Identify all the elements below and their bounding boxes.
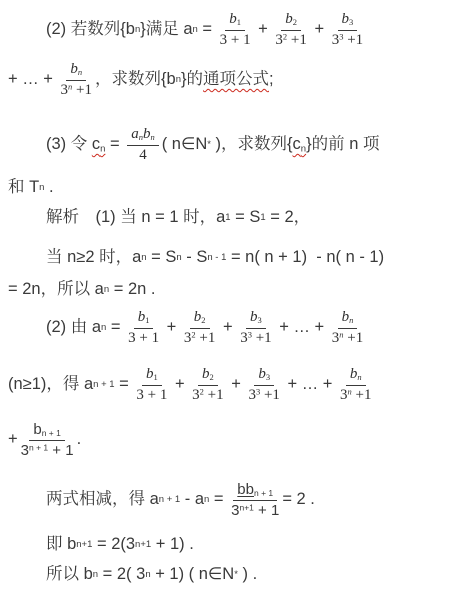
- text-run: 4: [139, 147, 147, 163]
- fraction-numerator: b2: [198, 366, 218, 385]
- text-run: = 2n .: [109, 280, 155, 300]
- italic-variable: b: [342, 11, 350, 27]
- fraction-numerator: bbn + 1: [233, 481, 277, 500]
- solution-line-3: = 2n，所以 an = 2n .: [0, 278, 462, 302]
- text-run: (3) 令: [46, 135, 92, 155]
- fraction-numerator: b1: [225, 11, 245, 30]
- fraction-numerator: b3: [338, 11, 358, 30]
- subscript: n: [78, 67, 82, 77]
- fraction-numerator: b3: [246, 309, 266, 328]
- fraction-denominator: 32 +1: [192, 386, 223, 404]
- spellcheck-underline: 通项公式: [203, 70, 269, 90]
- fraction: b13 + 1: [136, 366, 167, 404]
- text-run: ;: [269, 70, 274, 90]
- text-run: + 1) .: [151, 535, 194, 555]
- problem-3-line-2: 和 Tn .: [0, 176, 462, 200]
- superscript: n+1: [239, 502, 253, 512]
- italic-variable: b: [70, 61, 78, 77]
- text-run: }的前 n 项: [306, 135, 379, 155]
- italic-variable: b: [229, 11, 237, 27]
- fraction-denominator: 3n +1: [61, 81, 92, 99]
- text-run: 两式相减，得 a: [46, 490, 159, 510]
- fraction-numerator: bn + 1: [29, 421, 65, 440]
- result-line-1: 即 bn+1 = 2(3n+1 + 1) .: [0, 533, 462, 557]
- solution-line-2: 当 n≥2 时，an = Sn - Sn - 1 = n( n + 1) - n…: [0, 246, 462, 270]
- text-run: +1: [196, 330, 216, 346]
- subscript: n + 1: [42, 428, 61, 438]
- text-run: =: [198, 20, 217, 40]
- subscript: 1: [154, 372, 158, 382]
- problem-2-line-1: (2) 若数列{bn}满足 an = b13 + 1 + b232 +1 + b…: [0, 6, 462, 54]
- text-run: = S: [147, 248, 177, 268]
- fraction-denominator: 33 +1: [332, 31, 363, 49]
- fraction-denominator: 3n+1 + 1: [231, 501, 279, 519]
- text-run: = n( n + 1) - n( n - 1): [226, 248, 384, 268]
- text-run: +1: [343, 32, 363, 48]
- subscript: n: [150, 132, 154, 142]
- text-run: 3 + 1: [136, 387, 167, 403]
- spellcheck-underline: cn: [293, 135, 307, 155]
- text-run: +1: [344, 330, 364, 346]
- fraction-denominator: 32 +1: [275, 31, 306, 49]
- spellcheck-underline: cn: [92, 135, 106, 155]
- fraction-numerator: bn: [66, 61, 86, 80]
- subscript: 3: [266, 372, 270, 382]
- text-run: )，求数列{: [211, 135, 293, 155]
- text-run: 3 + 1: [128, 330, 159, 346]
- text-run: .: [44, 178, 53, 198]
- subscript: 2: [293, 17, 297, 27]
- fraction-denominator: 3n + 1 + 1: [21, 441, 74, 459]
- text-run: = 2( 3: [98, 565, 145, 585]
- fraction-denominator: 32 +1: [184, 329, 215, 347]
- fraction-denominator: 4: [139, 146, 147, 164]
- text-run: +1: [287, 32, 307, 48]
- fraction-numerator: b2: [281, 11, 301, 30]
- text-run: +1: [252, 330, 272, 346]
- fraction-numerator: bn: [346, 366, 366, 385]
- text-run: +1: [72, 82, 92, 98]
- italic-variable: b: [342, 309, 350, 325]
- text-run: =: [106, 318, 125, 338]
- text-run: }的: [181, 70, 203, 90]
- subscript: 3: [349, 17, 353, 27]
- fraction-denominator: 3n +1: [340, 386, 371, 404]
- text-run: = 2，: [266, 208, 310, 228]
- fraction: b13 + 1: [128, 309, 159, 347]
- text-run: 当 n≥2 时，a: [46, 248, 141, 268]
- fraction-numerator: anbn: [127, 126, 159, 145]
- text-run: 3: [21, 442, 29, 459]
- fraction-denominator: 3 + 1: [220, 31, 251, 49]
- subscript: n: [349, 315, 353, 325]
- italic-variable: b: [146, 366, 154, 382]
- text-run: + 1: [48, 442, 73, 459]
- italic-variable: b: [258, 366, 266, 382]
- solution-part2-line-3: +bn + 13n + 1 + 1.: [0, 416, 462, 464]
- fraction-denominator: 33 +1: [240, 329, 271, 347]
- fraction-denominator: 3 + 1: [136, 386, 167, 404]
- text-run: - a: [180, 490, 204, 510]
- text-run: +: [254, 20, 273, 40]
- text-run: +: [310, 20, 329, 40]
- solution-part2-line-2: (n≥1)，得 an + 1 = b13 + 1 + b232 +1 + b33…: [0, 361, 462, 409]
- text-run: + … +: [283, 375, 337, 395]
- text-run: b: [33, 421, 41, 438]
- fraction-denominator: 3n +1: [332, 329, 363, 347]
- text-run: 即 b: [46, 535, 76, 555]
- fraction: anbn4: [127, 126, 159, 164]
- text-run: }满足 a: [140, 20, 192, 40]
- problem-3-line: (3) 令 cn = anbn4( n∈N* )，求数列{cn}的前 n 项: [0, 121, 462, 169]
- italic-variable: b: [202, 366, 210, 382]
- text-run: =: [209, 490, 228, 510]
- result-line-2: 所以 bn = 2( 3n + 1) ( n∈N* ) .: [0, 563, 462, 587]
- text-run: = S: [231, 208, 261, 228]
- fraction: bn3n +1: [61, 61, 92, 99]
- text-run: 解析 (1) 当 n = 1 时，a: [46, 208, 225, 228]
- fraction-numerator: b1: [134, 309, 154, 328]
- text-run: 3: [61, 82, 69, 98]
- subscript: 1: [237, 17, 241, 27]
- text-run: = 2n，所以 a: [8, 280, 104, 300]
- underlined-run: bb: [237, 481, 254, 498]
- subscript: n + 1: [254, 488, 273, 498]
- text-run: + 1: [254, 502, 279, 519]
- italic-variable: a: [131, 126, 139, 142]
- subscript: 3: [258, 315, 262, 325]
- text-run: +: [218, 318, 237, 338]
- text-run: ( n∈N: [162, 135, 208, 155]
- fraction-denominator: 33 +1: [248, 386, 279, 404]
- text-run: 3 + 1: [220, 32, 251, 48]
- fraction: b333 +1: [332, 11, 363, 49]
- text-run: c: [293, 135, 301, 153]
- fraction-numerator: b3: [254, 366, 274, 385]
- text-run: = 2(3: [92, 535, 135, 555]
- subscript: 2: [201, 315, 205, 325]
- text-run: 通项公式: [203, 70, 269, 88]
- subscript: n: [357, 372, 361, 382]
- fraction: b333 +1: [240, 309, 271, 347]
- solution-line-1: 解析 (1) 当 n = 1 时，a1 = S1 = 2，: [0, 206, 462, 230]
- fraction: b232 +1: [192, 366, 223, 404]
- text-run: 和 T: [8, 178, 39, 198]
- text-run: 3: [248, 387, 256, 403]
- text-run: - S: [182, 248, 208, 268]
- subtract-line: 两式相减，得 an + 1 - an = bbn + 13n+1 + 1= 2 …: [0, 476, 462, 524]
- text-run: 3: [275, 32, 283, 48]
- text-run: 3: [340, 387, 348, 403]
- fraction-denominator: 3 + 1: [128, 329, 159, 347]
- text-run: + … +: [275, 318, 329, 338]
- text-run: +: [227, 375, 246, 395]
- text-run: +: [170, 375, 189, 395]
- italic-variable: b: [285, 11, 293, 27]
- fraction: b232 +1: [275, 11, 306, 49]
- text-run: +1: [260, 387, 280, 403]
- text-run: = 2 .: [282, 490, 315, 510]
- text-run: ，求数列{b: [95, 70, 176, 90]
- problem-2-line-2: + … + bn3n +1，求数列{bn}的通项公式;: [0, 56, 462, 104]
- text-run: 3: [240, 330, 248, 346]
- text-run: (n≥1)，得 a: [8, 375, 93, 395]
- text-run: (2) 若数列{b: [46, 20, 135, 40]
- text-run: +: [162, 318, 181, 338]
- text-run: +1: [352, 387, 372, 403]
- solution-part2-line-1: (2) 由 an = b13 + 1 + b232 +1 + b333 +1 +…: [0, 304, 462, 352]
- italic-variable: b: [250, 309, 258, 325]
- fraction: b13 + 1: [220, 11, 251, 49]
- text-run: (2) 由 a: [46, 318, 101, 338]
- fraction-numerator: bn: [338, 309, 358, 328]
- text-run: 3: [192, 387, 200, 403]
- math-solution-document: (2) 若数列{bn}满足 an = b13 + 1 + b232 +1 + b…: [0, 6, 462, 587]
- text-run: 所以 b: [46, 565, 93, 585]
- fraction: bn + 13n + 1 + 1: [21, 421, 74, 459]
- subscript: 2: [210, 372, 214, 382]
- subscript: 1: [145, 315, 149, 325]
- text-run: =: [105, 135, 124, 155]
- text-run: +1: [204, 387, 224, 403]
- fraction: b333 +1: [248, 366, 279, 404]
- fraction: bn3n +1: [340, 366, 371, 404]
- text-run: + 1) ( n∈N: [151, 565, 235, 585]
- text-run: ) .: [238, 565, 257, 585]
- fraction-numerator: b1: [142, 366, 162, 385]
- fraction: b232 +1: [184, 309, 215, 347]
- text-run: =: [115, 375, 134, 395]
- text-run: .: [77, 430, 82, 450]
- fraction: bbn + 13n+1 + 1: [231, 481, 279, 519]
- text-run: +: [8, 430, 18, 450]
- text-run: c: [92, 135, 100, 153]
- fraction: bn3n +1: [332, 309, 363, 347]
- fraction-numerator: b2: [190, 309, 210, 328]
- text-run: + … +: [8, 70, 58, 90]
- superscript: n + 1: [29, 442, 48, 452]
